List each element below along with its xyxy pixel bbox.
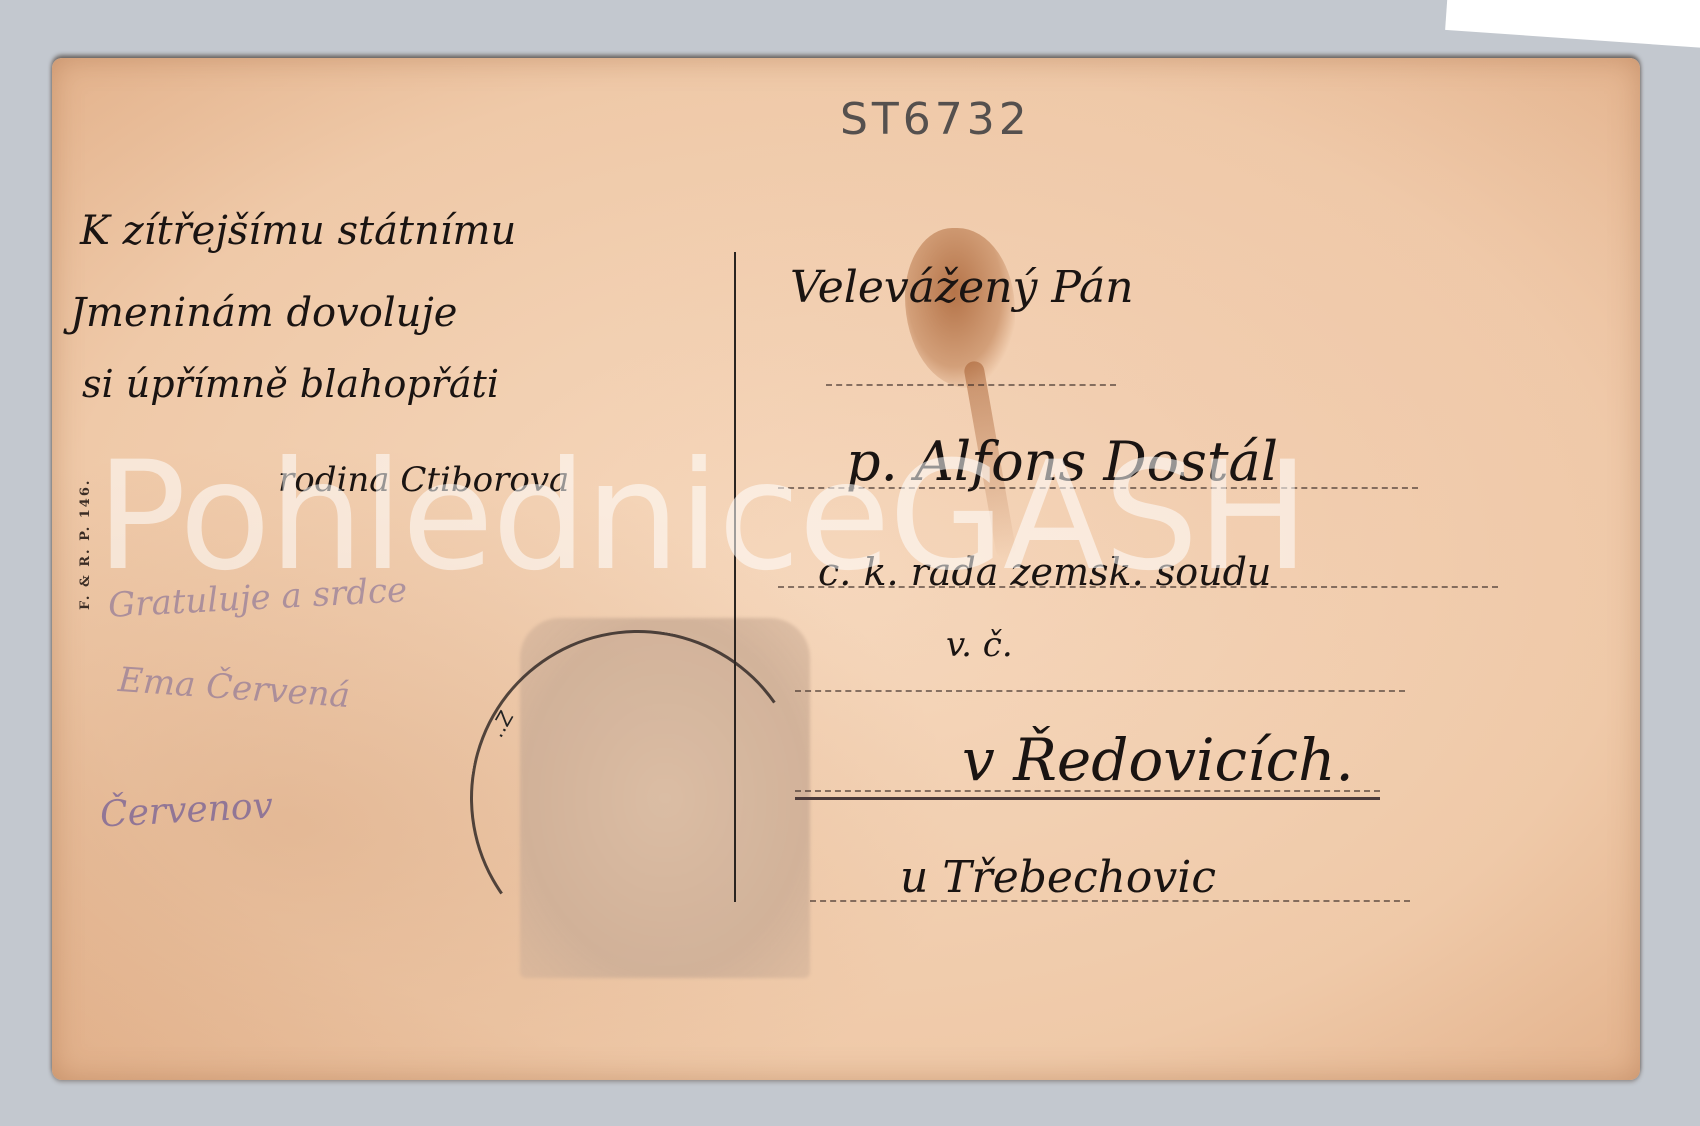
address-nearby: u Třebechovic — [900, 852, 1216, 903]
address-title-note: v. č. — [946, 625, 1013, 665]
publisher-mark: F. & R. P. 146. — [78, 479, 93, 610]
address-town: v Ředovicích. — [962, 726, 1354, 794]
scan-corner-gap — [1445, 0, 1700, 52]
address-salutation: Velevážený Pán — [790, 262, 1134, 313]
address-line-4 — [795, 690, 1405, 692]
address-underline — [795, 797, 1380, 800]
address-line-1 — [826, 384, 1116, 386]
message-line-2: Jmeninám dovoluje — [70, 290, 457, 336]
address-title: c. k. rada zemsk. soudu — [818, 550, 1271, 594]
message-line-1: K zítřejšímu státnímu — [80, 208, 516, 254]
catalog-number: ST6732 — [840, 94, 1031, 145]
message-signature: rodina Ctiborova — [278, 460, 569, 500]
address-name: p. Alfons Dostál — [846, 430, 1278, 493]
center-divider — [734, 252, 736, 902]
message-line-3: si úpřímně blahopřáti — [82, 362, 499, 406]
